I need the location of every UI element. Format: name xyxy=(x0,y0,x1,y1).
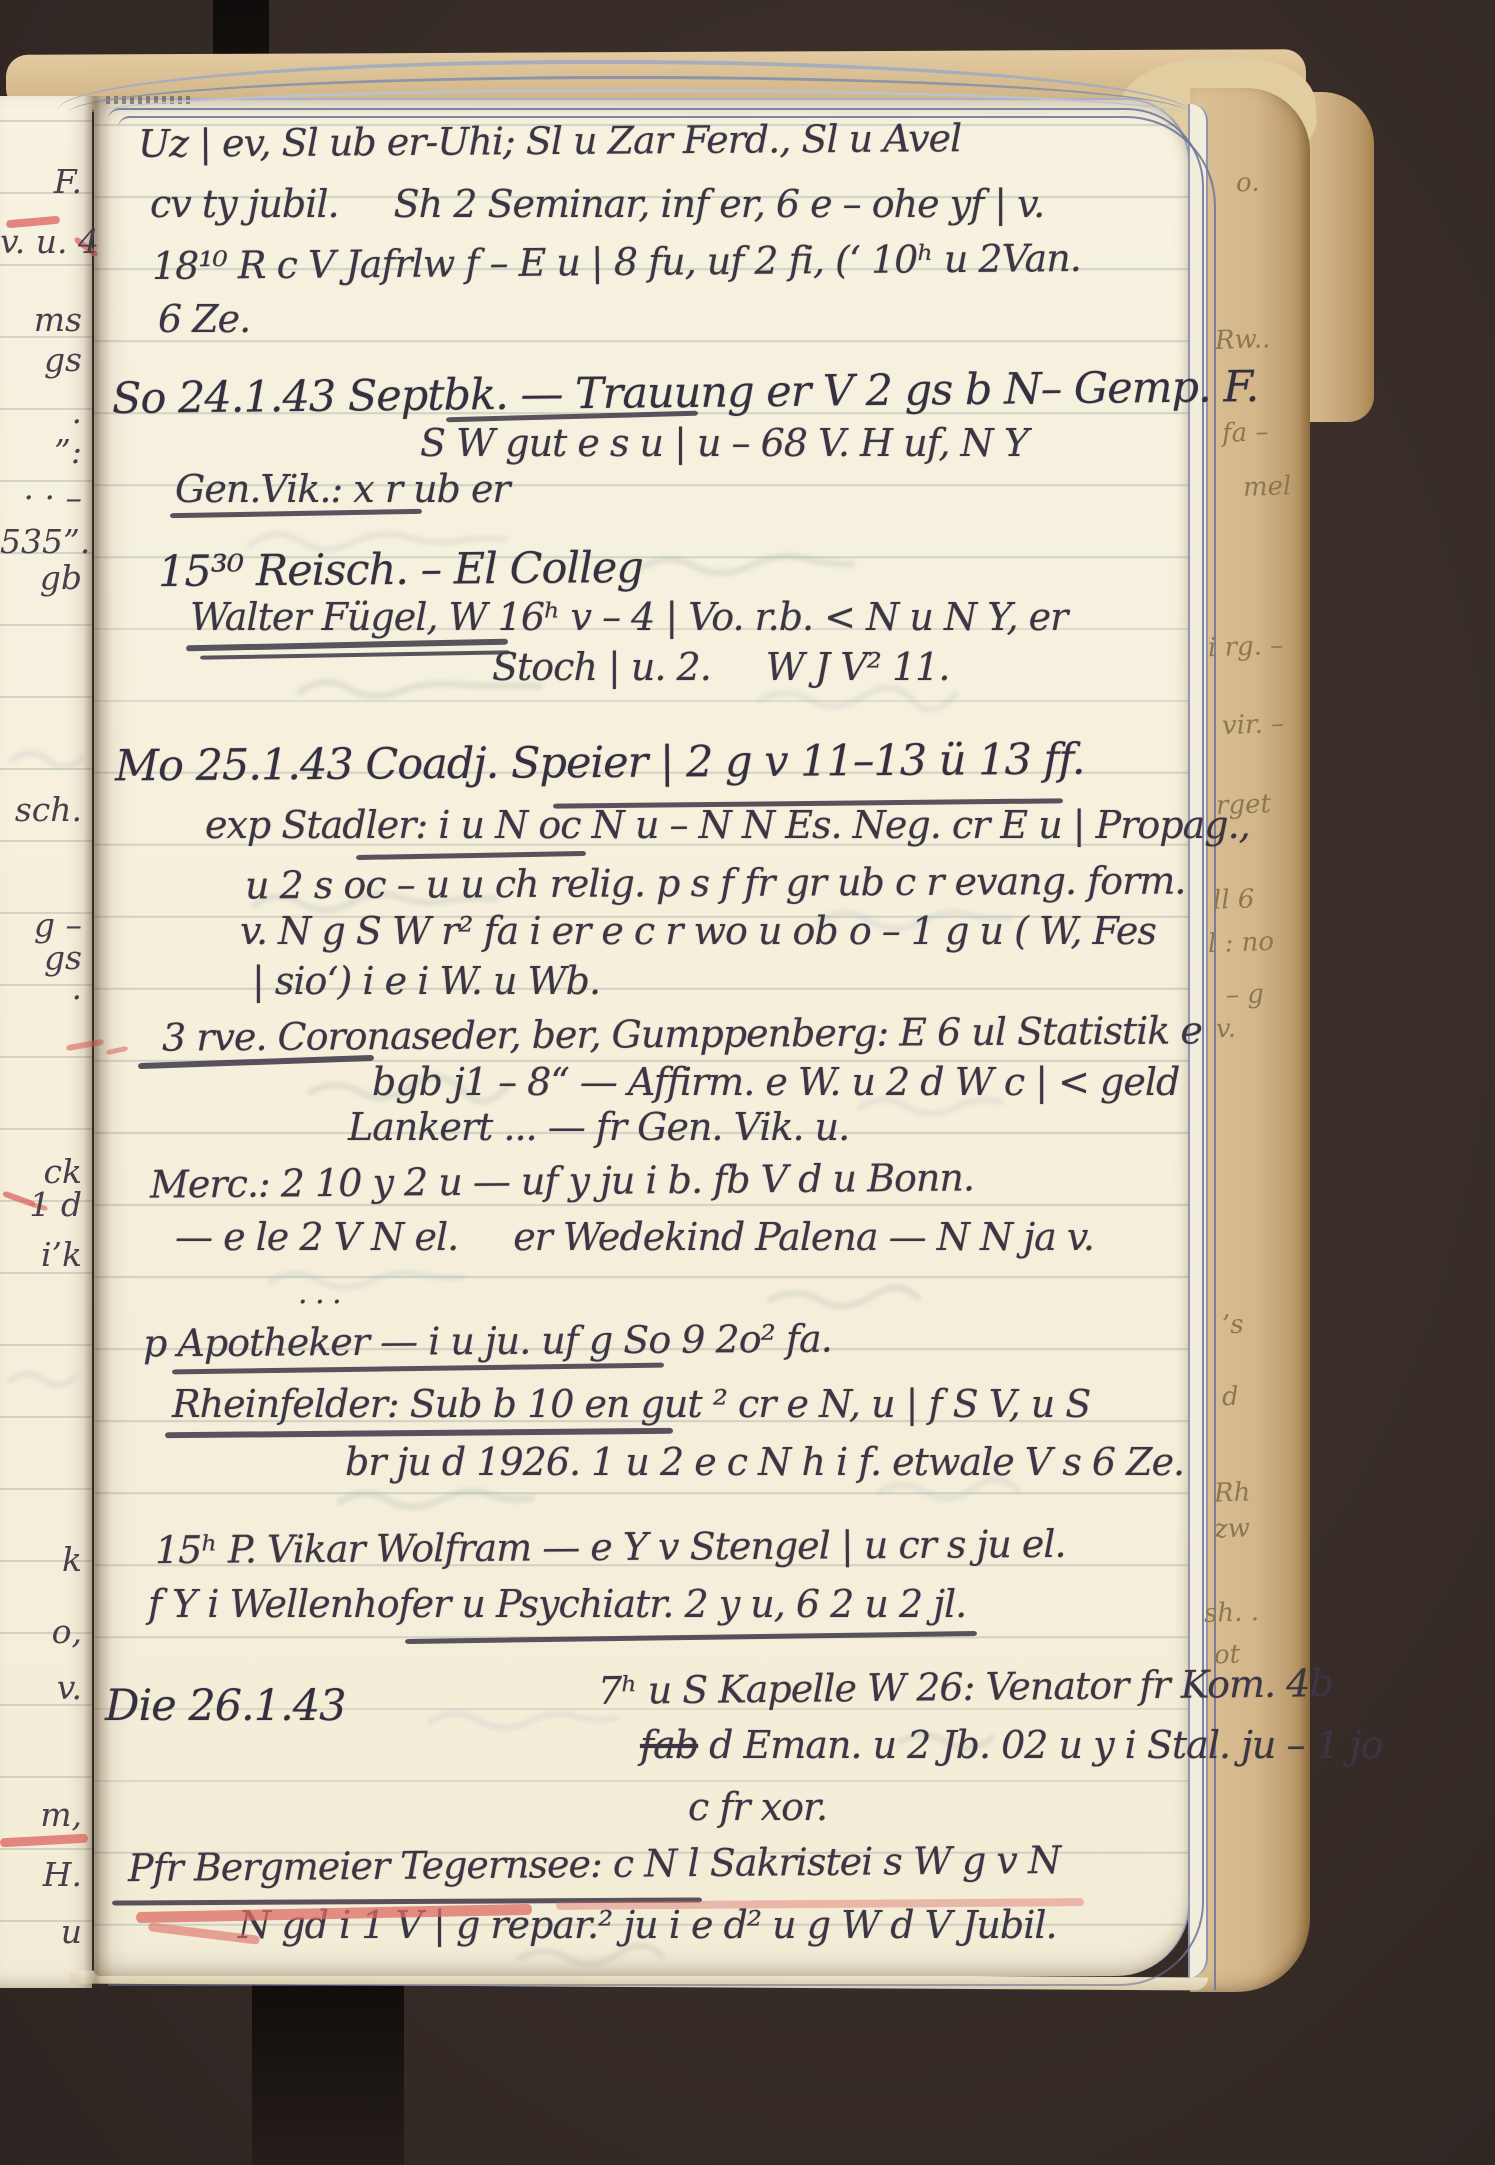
fore-edge-note: ll 6 xyxy=(1212,884,1254,915)
left-page-fragment: sch. xyxy=(0,790,82,829)
fore-edge-note: i rg. – xyxy=(1207,631,1283,664)
left-page-fragment: 1 d xyxy=(0,1185,82,1224)
left-page-fragment: 535”. xyxy=(0,522,82,561)
fore-edge-note: – g xyxy=(1225,979,1264,1010)
diary-line: | sio‘) i e i W. u Wb. xyxy=(252,962,600,1000)
diary-line: c fr xor. xyxy=(688,1788,827,1826)
diary-date-line: Die 26.1.43 xyxy=(105,1685,345,1728)
left-page-fragment: gs xyxy=(0,340,82,379)
left-page-fragment: . xyxy=(0,392,82,431)
diary-line: 15ʰ P. Vikar Wolfram — e Y v Stengel | u… xyxy=(155,1525,1066,1569)
diary-line: Lankert ... — fr Gen. Vik. u. xyxy=(348,1108,849,1146)
diary-line: fab d Eman. u 2 Jb. 02 u y i Stal. ju – … xyxy=(640,1726,1382,1764)
backdrop-shadow-bar-bottom xyxy=(252,1976,404,2165)
diary-line: bgb j1 – 8“ — Affirm. e W. u 2 d W c | <… xyxy=(372,1063,1179,1101)
diary-line: Walter Fügel, W 16ʰ v – 4 | Vo. r.b. < N… xyxy=(190,598,1067,636)
fore-edge-note: zw xyxy=(1213,1513,1250,1544)
fore-edge-note: o. xyxy=(1235,168,1260,199)
left-page-fragment: · · – xyxy=(0,478,82,517)
diary-line: Gen.Vik.: x r ub er xyxy=(175,470,510,508)
fore-edge-note: ’s xyxy=(1221,1310,1244,1341)
struck-text: fab xyxy=(640,1723,698,1767)
fore-edge-note: fa – xyxy=(1221,417,1268,449)
fore-edge-note: sh. . xyxy=(1203,1597,1259,1629)
diary-line: Rheinfelder: Sub b 10 en gut ² cr e N, u… xyxy=(172,1385,1090,1423)
diary-line-text: d Eman. u 2 Jb. 02 u y i Stal. ju – 1 jo xyxy=(698,1723,1382,1767)
diary-line: cv ty jubil. Sh 2 Seminar, inf er, 6 e –… xyxy=(150,185,1044,223)
gutter-shadow xyxy=(84,96,112,1988)
left-page-fragment: v. xyxy=(0,1668,82,1707)
left-page-fragment: H. xyxy=(0,1855,82,1894)
diary-line: f Y i Wellenhofer u Psychiatr. 2 y u, 6 … xyxy=(148,1585,966,1623)
fore-edge-note: Rh xyxy=(1213,1477,1250,1508)
diary-line: 6 Ze. xyxy=(158,300,250,338)
left-page-fragment: F. xyxy=(0,162,82,201)
diary-line: 3 rve. Coronaseder, ber, Gumppenberg: E … xyxy=(162,1011,1202,1056)
diary-line: v. N g S W r² fa i er e c r wo u ob o – … xyxy=(240,912,1156,950)
diary-line: p Apotheker — i u ju. uf g So 9 2o² fa. xyxy=(143,1320,832,1363)
left-page-fragment: v. u. 4 xyxy=(0,222,82,261)
diary-line: 15³⁰ Reisch. – El Colleg xyxy=(158,547,643,594)
left-page-fragment: gb xyxy=(0,558,82,597)
fore-edge-note: l : no xyxy=(1207,927,1274,959)
left-page-fragment: m, xyxy=(0,1795,82,1834)
fore-edge-note: v. xyxy=(1215,1014,1236,1045)
left-page-fragment: u xyxy=(0,1912,82,1951)
diary-line: br ju d 1926. 1 u 2 e c N h i f. etwale … xyxy=(345,1443,1184,1481)
diary-line: 18¹⁰ R c V Jafrlw f – E u | 8 fu, uf 2 f… xyxy=(152,239,1081,285)
left-page-fragment: ”: xyxy=(0,432,82,471)
left-page-fragment: k xyxy=(0,1540,82,1579)
diary-date-line: Mo 25.1.43 Coadj. Speier | 2 g v 11–13 ü… xyxy=(115,739,1085,789)
diary-line: exp Stadler: i u N oc N u – N N Es. Neg.… xyxy=(205,806,1250,844)
fore-edge-note: mel xyxy=(1242,471,1291,503)
diary-line: — e le 2 V N el. er Wedekind Palena — N … xyxy=(175,1218,1094,1256)
diary-line: u 2 s oc – u u ch relig. p s f fr gr ub … xyxy=(245,862,1186,905)
left-page-fragment: i’k xyxy=(0,1235,82,1274)
diary-line: 7ʰ u S Kapelle W 26: Venator fr Kom. 4b xyxy=(598,1664,1333,1710)
fore-edge-note: Rw.. xyxy=(1214,324,1270,356)
left-page-fragment: . xyxy=(0,968,82,1007)
fore-edge-note: d xyxy=(1221,1382,1239,1413)
left-page-fragment: ms xyxy=(0,300,82,339)
diary-line: Stoch | u. 2. W J V² 11. xyxy=(492,648,949,686)
diary-line: Merc.: 2 10 y 2 u — uf y ju i b. fb V d … xyxy=(150,1158,974,1203)
left-page-fragment: o, xyxy=(0,1612,82,1651)
diary-line: Pfr Bergmeier Tegernsee: c N l Sakristei… xyxy=(128,1841,1061,1887)
diary-scan-photo: Uz | ev, Sl ub er-Uhi; Sl u Zar Ferd., S… xyxy=(0,0,1495,2165)
diary-line: Uz | ev, Sl ub er-Uhi; Sl u Zar Ferd., S… xyxy=(138,119,961,163)
ink-dots-mark: · · · xyxy=(298,1288,341,1318)
fore-edge-note: vir. – xyxy=(1221,709,1284,741)
diary-line: S W gut e s u | u – 68 V. H uf, N Y xyxy=(420,424,1028,462)
